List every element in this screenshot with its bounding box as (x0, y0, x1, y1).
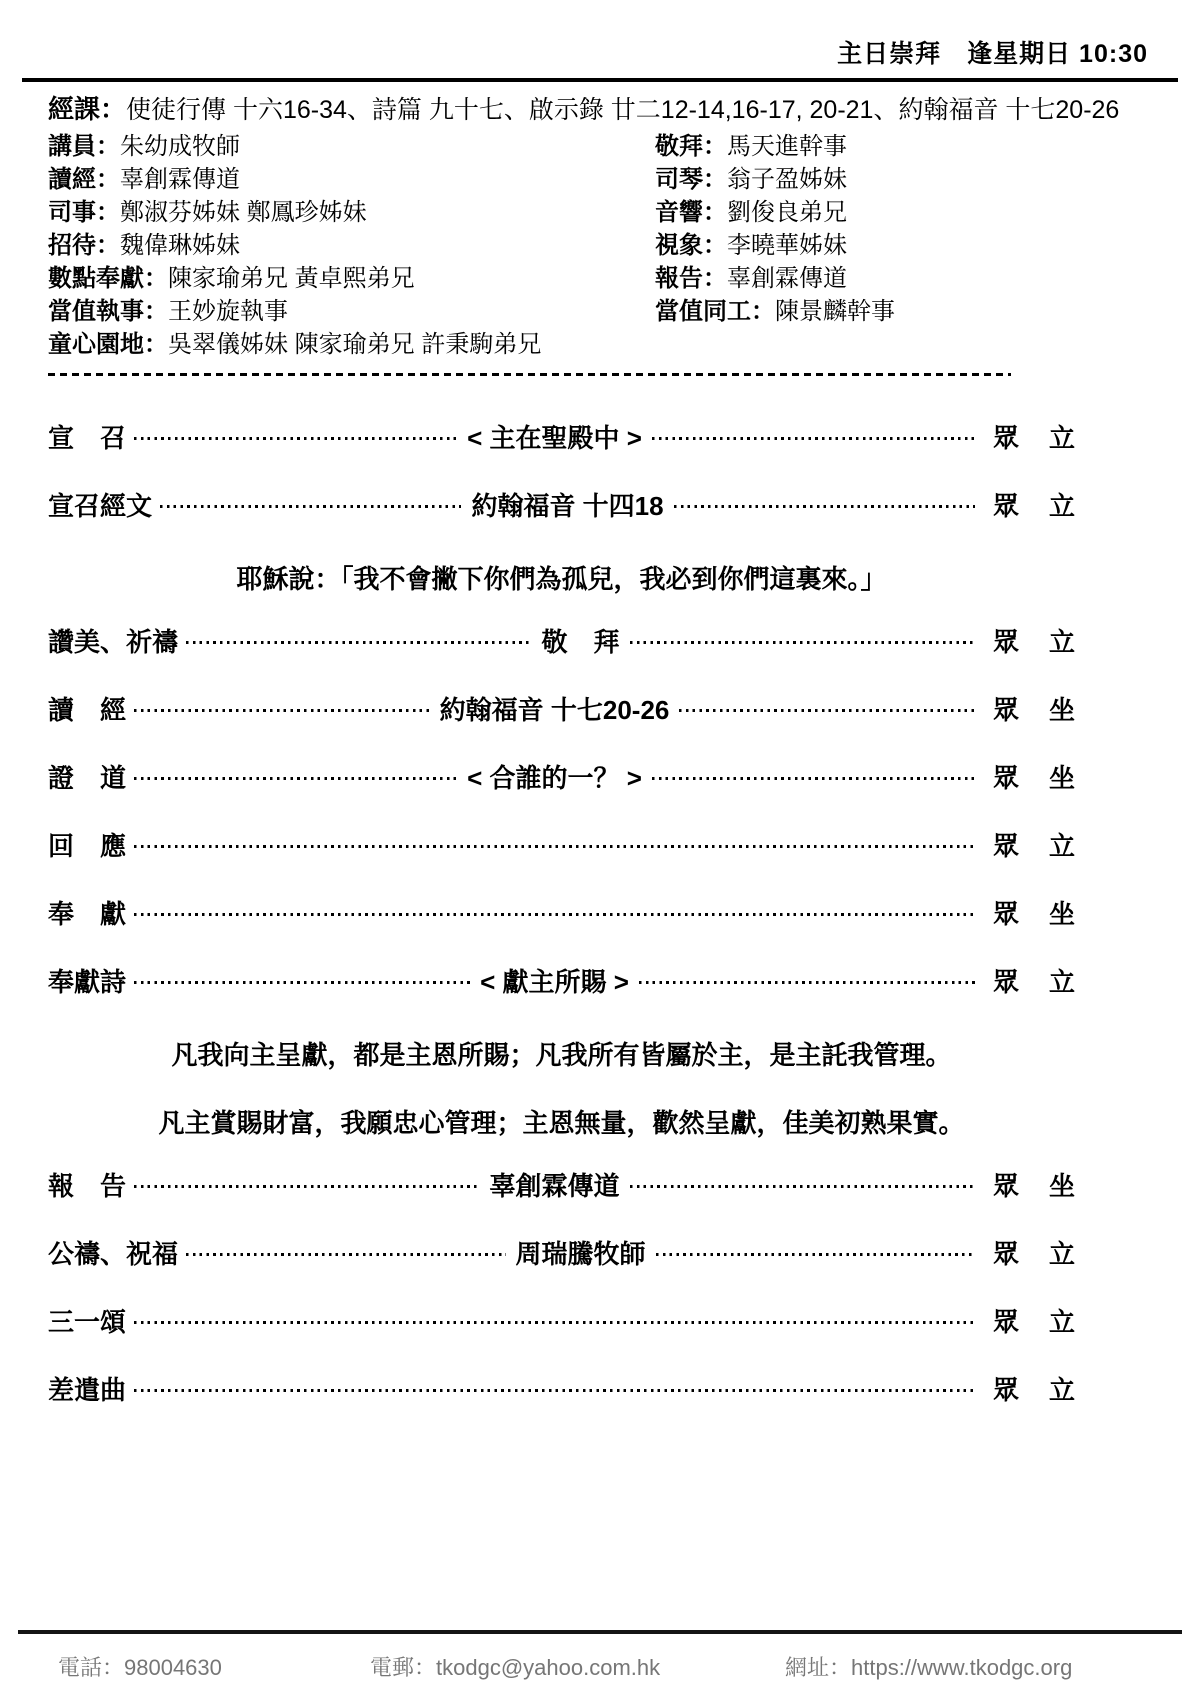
order-item-label: 三一頌 (48, 1302, 126, 1339)
roster-right-cell: 敬拜：馬天進幹事 (655, 130, 1152, 163)
roster-role-value: 鄭淑芬姊妹 鄭鳳珍姊妹 (120, 199, 367, 226)
posture-indicator: 眾坐 (993, 894, 1075, 931)
scripture-text: 使徒行傳 十六16-34、詩篇 九十七、啟示錄 廿二12-14,16-17, 2… (126, 96, 1119, 124)
posture-indicator: 眾立 (993, 418, 1075, 455)
roster-role-value: 吳翠儀姊妹 陳家瑜弟兄 許秉駒弟兄 (168, 331, 541, 358)
posture-indicator: 眾立 (993, 826, 1075, 863)
order-item-row: 公禱、祝福周瑞騰牧師眾立 (48, 1239, 1075, 1266)
posture-label: 立 (1049, 826, 1075, 863)
roster-role-value: 魏偉琳姊妹 (120, 232, 240, 259)
order-item-label: 讀 經 (48, 690, 126, 727)
footer-phone: 電話：98004630 (58, 1651, 222, 1682)
roster-role-value: 翁子盈姊妹 (727, 166, 847, 193)
order-note: 凡主賞賜財富，我願忠心管理；主恩無量，歡然呈獻，佳美初熟果實。 (48, 1103, 1075, 1130)
order-item-detail: 約翰福音 十七20-26 (438, 690, 672, 727)
roster-row: 司事：鄭淑芬姊妹 鄭鳳珍姊妹音響：劉俊良弟兄 (48, 196, 1152, 229)
roster-left-cell: 招待：魏偉琳姊妹 (48, 229, 655, 262)
scripture-line: 經課：使徒行傳 十六16-34、詩篇 九十七、啟示錄 廿二12-14,16-17… (48, 92, 1152, 127)
posture-indicator: 眾立 (993, 622, 1075, 659)
roster-role-label: 敬拜： (655, 133, 727, 160)
order-item-detail: 辜創霖傳道 (488, 1166, 622, 1203)
dotted-leader (134, 981, 470, 984)
order-item-row: 三一頌眾立 (48, 1307, 1075, 1334)
order-item-detail: < 主在聖殿中 > (465, 418, 644, 455)
dotted-leader (656, 1253, 975, 1256)
order-item-label: 奉 獻 (48, 894, 126, 931)
footer-website: 網址：https://www.tkodgc.org (785, 1651, 1072, 1682)
roster-role-label: 招待： (48, 232, 120, 259)
dotted-leader (134, 1389, 975, 1392)
assembly-label: 眾 (993, 622, 1019, 659)
order-item-row: 證 道< 合誰的一？ >眾坐 (48, 763, 1075, 790)
roster-left-cell: 司事：鄭淑芬姊妹 鄭鳳珍姊妹 (48, 196, 655, 229)
order-item-detail: 約翰福音 十四18 (469, 486, 665, 523)
posture-label: 立 (1049, 962, 1075, 999)
roster-row: 數點奉獻：陳家瑜弟兄 黃卓熙弟兄報告：辜創霖傳道 (48, 262, 1152, 295)
dashed-separator (48, 373, 1011, 376)
roster-role-value: 劉俊良弟兄 (727, 199, 847, 226)
dotted-leader (652, 777, 975, 780)
order-item-detail: < 合誰的一？ > (465, 758, 644, 795)
roster-role-label: 報告： (655, 265, 727, 292)
roster-row: 招待：魏偉琳姊妹視象：李曉華姊妹 (48, 229, 1152, 262)
posture-indicator: 眾坐 (993, 1166, 1075, 1203)
roster-row: 講員：朱幼成牧師敬拜：馬天進幹事 (48, 130, 1152, 163)
assembly-label: 眾 (993, 690, 1019, 727)
roster-right-cell: 當值同工：陳景麟幹事 (655, 295, 1152, 328)
roster-role-label: 音響： (655, 199, 727, 226)
roster-left-cell: 童心園地：吳翠儀姊妹 陳家瑜弟兄 許秉駒弟兄 (48, 328, 655, 361)
order-item-detail: < 獻主所賜 > (478, 962, 631, 999)
assembly-label: 眾 (993, 1234, 1019, 1271)
service-roster: 講員：朱幼成牧師敬拜：馬天進幹事讀經：辜創霖傳道司琴：翁子盈姊妹司事：鄭淑芬姊妹… (48, 130, 1152, 361)
order-note: 耶穌說：「我不會撇下你們為孤兒，我必到你們這裏來。」 (48, 559, 1075, 586)
dotted-leader (679, 709, 975, 712)
dotted-leader (134, 845, 975, 848)
dotted-leader (134, 1185, 479, 1188)
posture-label: 坐 (1049, 758, 1075, 795)
scripture-label: 經課： (48, 94, 126, 124)
posture-label: 坐 (1049, 690, 1075, 727)
dotted-leader (186, 641, 531, 644)
posture-label: 立 (1049, 1302, 1075, 1339)
dotted-leader (674, 505, 975, 508)
roster-row: 童心園地：吳翠儀姊妹 陳家瑜弟兄 許秉駒弟兄 (48, 328, 1152, 361)
order-item-row: 讀 經約翰福音 十七20-26眾坐 (48, 695, 1075, 722)
posture-label: 立 (1049, 486, 1075, 523)
assembly-label: 眾 (993, 894, 1019, 931)
order-item-row: 報 告辜創霖傳道眾坐 (48, 1171, 1075, 1198)
dotted-leader (630, 641, 975, 644)
dotted-leader (134, 913, 975, 916)
roster-role-value: 馬天進幹事 (727, 133, 847, 160)
roster-left-cell: 讀經：辜創霖傳道 (48, 163, 655, 196)
dotted-leader (134, 709, 430, 712)
assembly-label: 眾 (993, 1166, 1019, 1203)
order-item-label: 讚美、祈禱 (48, 622, 178, 659)
posture-indicator: 眾坐 (993, 690, 1075, 727)
posture-label: 立 (1049, 1370, 1075, 1407)
roster-role-label: 童心園地： (48, 331, 168, 358)
roster-role-value: 李曉華姊妹 (727, 232, 847, 259)
order-note: 凡我向主呈獻，都是主恩所賜；凡我所有皆屬於主，是主託我管理。 (48, 1035, 1075, 1062)
order-item-detail: 周瑞騰牧師 (514, 1234, 648, 1271)
roster-left-cell: 數點奉獻：陳家瑜弟兄 黃卓熙弟兄 (48, 262, 655, 295)
dotted-leader (186, 1253, 505, 1256)
footer-rule (18, 1630, 1182, 1634)
posture-indicator: 眾立 (993, 1302, 1075, 1339)
order-item-row: 奉 獻眾坐 (48, 899, 1075, 926)
roster-role-value: 辜創霖傳道 (727, 265, 847, 292)
assembly-label: 眾 (993, 758, 1019, 795)
order-item-label: 報 告 (48, 1166, 126, 1203)
order-item-label: 宣 召 (48, 418, 126, 455)
dotted-leader (134, 437, 457, 440)
posture-label: 立 (1049, 418, 1075, 455)
roster-right-cell: 音響：劉俊良弟兄 (655, 196, 1152, 229)
roster-role-label: 司琴： (655, 166, 727, 193)
dotted-leader (630, 1185, 975, 1188)
header-rule (22, 78, 1178, 82)
bulletin-page: 主日崇拜 逢星期日 10:30 經課：使徒行傳 十六16-34、詩篇 九十七、啟… (0, 0, 1200, 1697)
dotted-leader (639, 981, 975, 984)
posture-indicator: 眾立 (993, 486, 1075, 523)
roster-right-cell: 報告：辜創霖傳道 (655, 262, 1152, 295)
order-item-row: 奉獻詩< 獻主所賜 >眾立 (48, 967, 1075, 994)
assembly-label: 眾 (993, 418, 1019, 455)
roster-role-label: 講員： (48, 133, 120, 160)
roster-role-value: 陳景麟幹事 (775, 298, 895, 325)
page-header: 主日崇拜 逢星期日 10:30 (0, 0, 1200, 78)
posture-indicator: 眾立 (993, 1370, 1075, 1407)
assembly-label: 眾 (993, 486, 1019, 523)
dotted-leader (134, 777, 457, 780)
footer-email: 電郵：tkodgc@yahoo.com.hk (370, 1651, 660, 1682)
order-item-row: 差遣曲眾立 (48, 1375, 1075, 1402)
roster-role-value: 朱幼成牧師 (120, 133, 240, 160)
roster-role-value: 辜創霖傳道 (120, 166, 240, 193)
posture-label: 立 (1049, 622, 1075, 659)
posture-indicator: 眾坐 (993, 758, 1075, 795)
order-item-detail: 敬 拜 (540, 622, 622, 659)
roster-right-cell (655, 328, 1152, 361)
order-item-row: 回 應眾立 (48, 831, 1075, 858)
order-item-row: 宣 召< 主在聖殿中 >眾立 (48, 423, 1075, 450)
order-item-label: 差遣曲 (48, 1370, 126, 1407)
page-title: 主日崇拜 逢星期日 10:30 (837, 40, 1148, 68)
posture-label: 坐 (1049, 1166, 1075, 1203)
roster-role-value: 陳家瑜弟兄 黃卓熙弟兄 (168, 265, 415, 292)
order-item-label: 證 道 (48, 758, 126, 795)
roster-right-cell: 視象：李曉華姊妹 (655, 229, 1152, 262)
order-item-row: 宣召經文約翰福音 十四18眾立 (48, 491, 1075, 518)
roster-row: 當值執事：王妙旋執事當值同工：陳景麟幹事 (48, 295, 1152, 328)
assembly-label: 眾 (993, 962, 1019, 999)
roster-role-label: 當值同工： (655, 298, 775, 325)
posture-indicator: 眾立 (993, 962, 1075, 999)
dotted-leader (652, 437, 975, 440)
order-item-label: 宣召經文 (48, 486, 152, 523)
posture-label: 坐 (1049, 894, 1075, 931)
roster-role-label: 數點奉獻： (48, 265, 168, 292)
roster-left-cell: 講員：朱幼成牧師 (48, 130, 655, 163)
dotted-leader (160, 505, 461, 508)
roster-role-label: 當值執事： (48, 298, 168, 325)
roster-right-cell: 司琴：翁子盈姊妹 (655, 163, 1152, 196)
roster-left-cell: 當值執事：王妙旋執事 (48, 295, 655, 328)
order-item-label: 公禱、祝福 (48, 1234, 178, 1271)
roster-role-label: 讀經： (48, 166, 120, 193)
roster-row: 讀經：辜創霖傳道司琴：翁子盈姊妹 (48, 163, 1152, 196)
order-item-label: 奉獻詩 (48, 962, 126, 999)
roster-role-value: 王妙旋執事 (168, 298, 288, 325)
posture-label: 立 (1049, 1234, 1075, 1271)
roster-role-label: 司事： (48, 199, 120, 226)
assembly-label: 眾 (993, 1302, 1019, 1339)
page-footer: 電話：98004630 電郵：tkodgc@yahoo.com.hk 網址：ht… (0, 1630, 1200, 1697)
assembly-label: 眾 (993, 826, 1019, 863)
order-item-row: 讚美、祈禱敬 拜眾立 (48, 627, 1075, 654)
dotted-leader (134, 1321, 975, 1324)
roster-role-label: 視象： (655, 232, 727, 259)
order-item-label: 回 應 (48, 826, 126, 863)
order-of-service: 宣 召< 主在聖殿中 >眾立宣召經文約翰福音 十四18眾立耶穌說：「我不會撇下你… (0, 423, 1200, 1402)
assembly-label: 眾 (993, 1370, 1019, 1407)
posture-indicator: 眾立 (993, 1234, 1075, 1271)
